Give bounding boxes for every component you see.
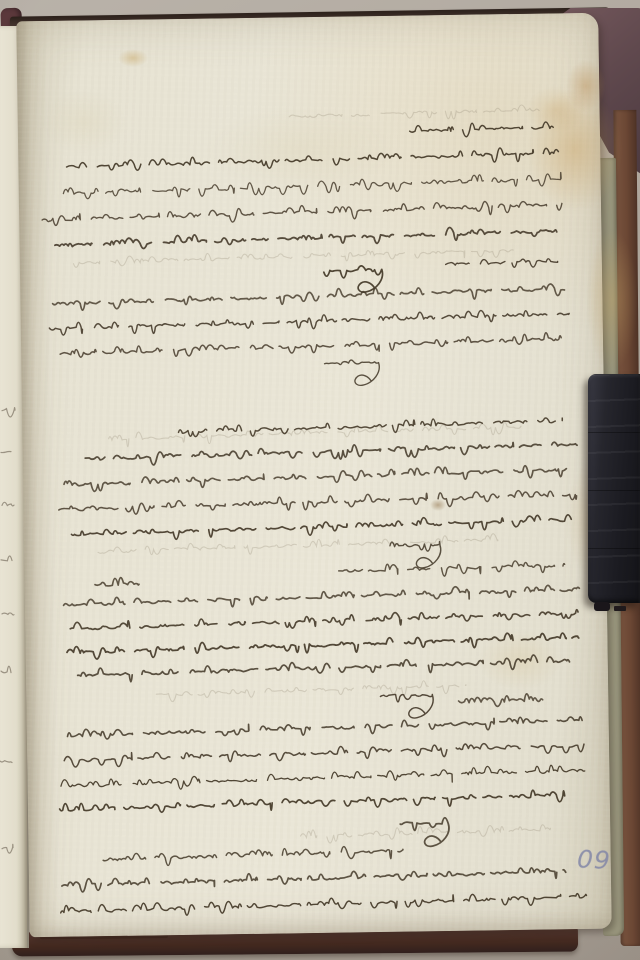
handwriting-line (62, 864, 566, 893)
margin-mark (2, 502, 14, 506)
handwriting-line (70, 607, 578, 635)
margin-mark (2, 844, 13, 853)
margin-mark (1, 666, 11, 672)
bleedthrough-line (156, 679, 466, 702)
handwriting-line (63, 172, 561, 201)
handwriting-line (66, 146, 558, 175)
handwriting-line (324, 359, 379, 386)
bleedthrough-line (73, 244, 513, 269)
handwriting-line (59, 488, 577, 518)
handwriting-line (446, 257, 558, 269)
handwriting-line (380, 693, 433, 719)
handwriting-line (59, 789, 564, 818)
handwritten-text-layer (0, 0, 640, 960)
folio-number: 60 (567, 840, 611, 874)
handwriting-line (339, 559, 565, 579)
margin-mark (0, 761, 12, 763)
handwriting-line (103, 845, 403, 867)
handwriting-line (390, 541, 441, 569)
margin-mark (2, 613, 14, 615)
handwriting-line (60, 332, 561, 360)
margin-marks-group (0, 408, 15, 854)
handwriting-line (61, 890, 587, 919)
handwriting-line (42, 198, 562, 228)
leather-clasp-strap (588, 374, 640, 603)
handwriting-line (55, 224, 557, 253)
margin-mark (1, 556, 12, 561)
margin-mark (2, 408, 15, 417)
handwriting-line (77, 654, 569, 683)
handwriting-line (52, 282, 564, 312)
folio-number-value: 60 (575, 843, 610, 874)
bleedthrough-line (98, 534, 498, 559)
handwriting-line (49, 308, 569, 337)
bleedthrough-line (289, 104, 539, 123)
script-tilt-group (37, 104, 591, 920)
handwriting-line (67, 714, 582, 742)
handwriting-line (410, 121, 554, 139)
manuscript-book: 60 (0, 0, 640, 960)
handwriting-line (85, 438, 577, 467)
photo-frame: 60 (0, 0, 640, 960)
handwriting-line (64, 463, 567, 492)
handwriting-line (458, 693, 542, 707)
handwriting-line (64, 739, 584, 768)
handwriting-line (67, 631, 579, 661)
margin-mark (1, 452, 11, 453)
handwriting-line (61, 764, 585, 794)
handwriting-line (63, 583, 579, 612)
handwriting-line (95, 577, 139, 586)
